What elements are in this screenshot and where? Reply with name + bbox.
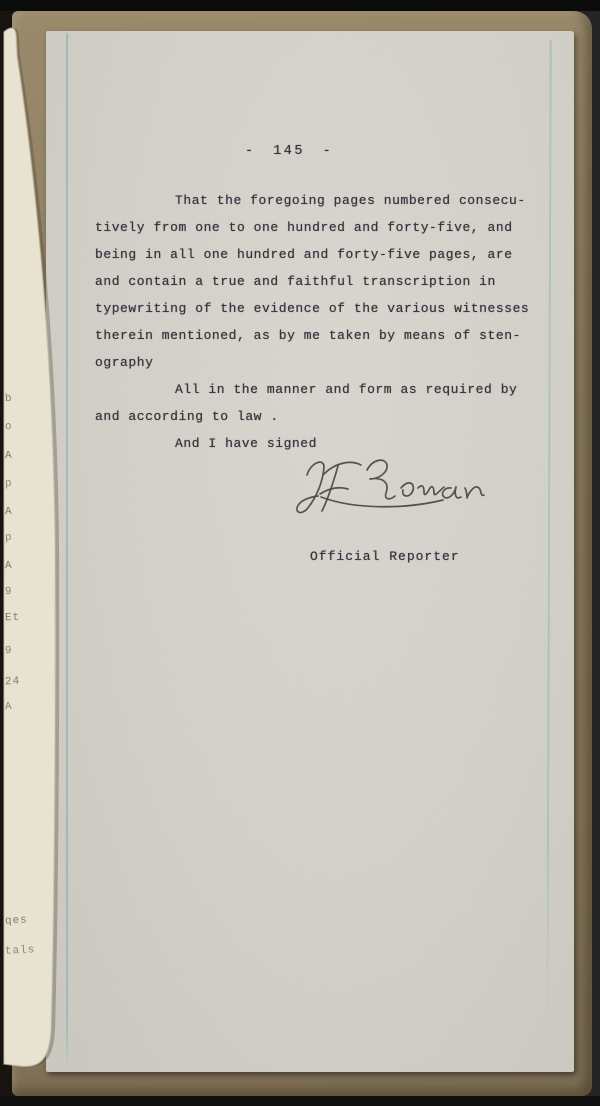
typed-line: and according to law . (95, 403, 565, 430)
page-number: - 145 - (245, 144, 333, 159)
typed-line: and contain a true and faithful transcri… (95, 268, 565, 295)
typed-body: That the foregoing pages numbered consec… (95, 187, 565, 457)
top-edge-shadow (0, 0, 600, 11)
signature-j-f-rowan (291, 453, 486, 521)
left-margin-rule (66, 33, 68, 1067)
typed-line: That the foregoing pages numbered consec… (95, 187, 565, 214)
typed-line: tively from one to one hundred and forty… (95, 214, 565, 241)
document-page: - 145 - That the foregoing pages numbere… (46, 31, 574, 1072)
typed-line: therein mentioned, as by me taken by mea… (95, 322, 565, 349)
typed-line: typewriting of the evidence of the vario… (95, 295, 565, 322)
typed-line: ography (95, 349, 565, 376)
signature-title: Official Reporter (310, 549, 460, 564)
scanned-book-photo: - 145 - That the foregoing pages numbere… (0, 0, 600, 1106)
typed-line: being in all one hundred and forty-five … (95, 241, 565, 268)
typed-line: All in the manner and form as required b… (95, 376, 565, 403)
bottom-edge-shadow (0, 1096, 600, 1106)
